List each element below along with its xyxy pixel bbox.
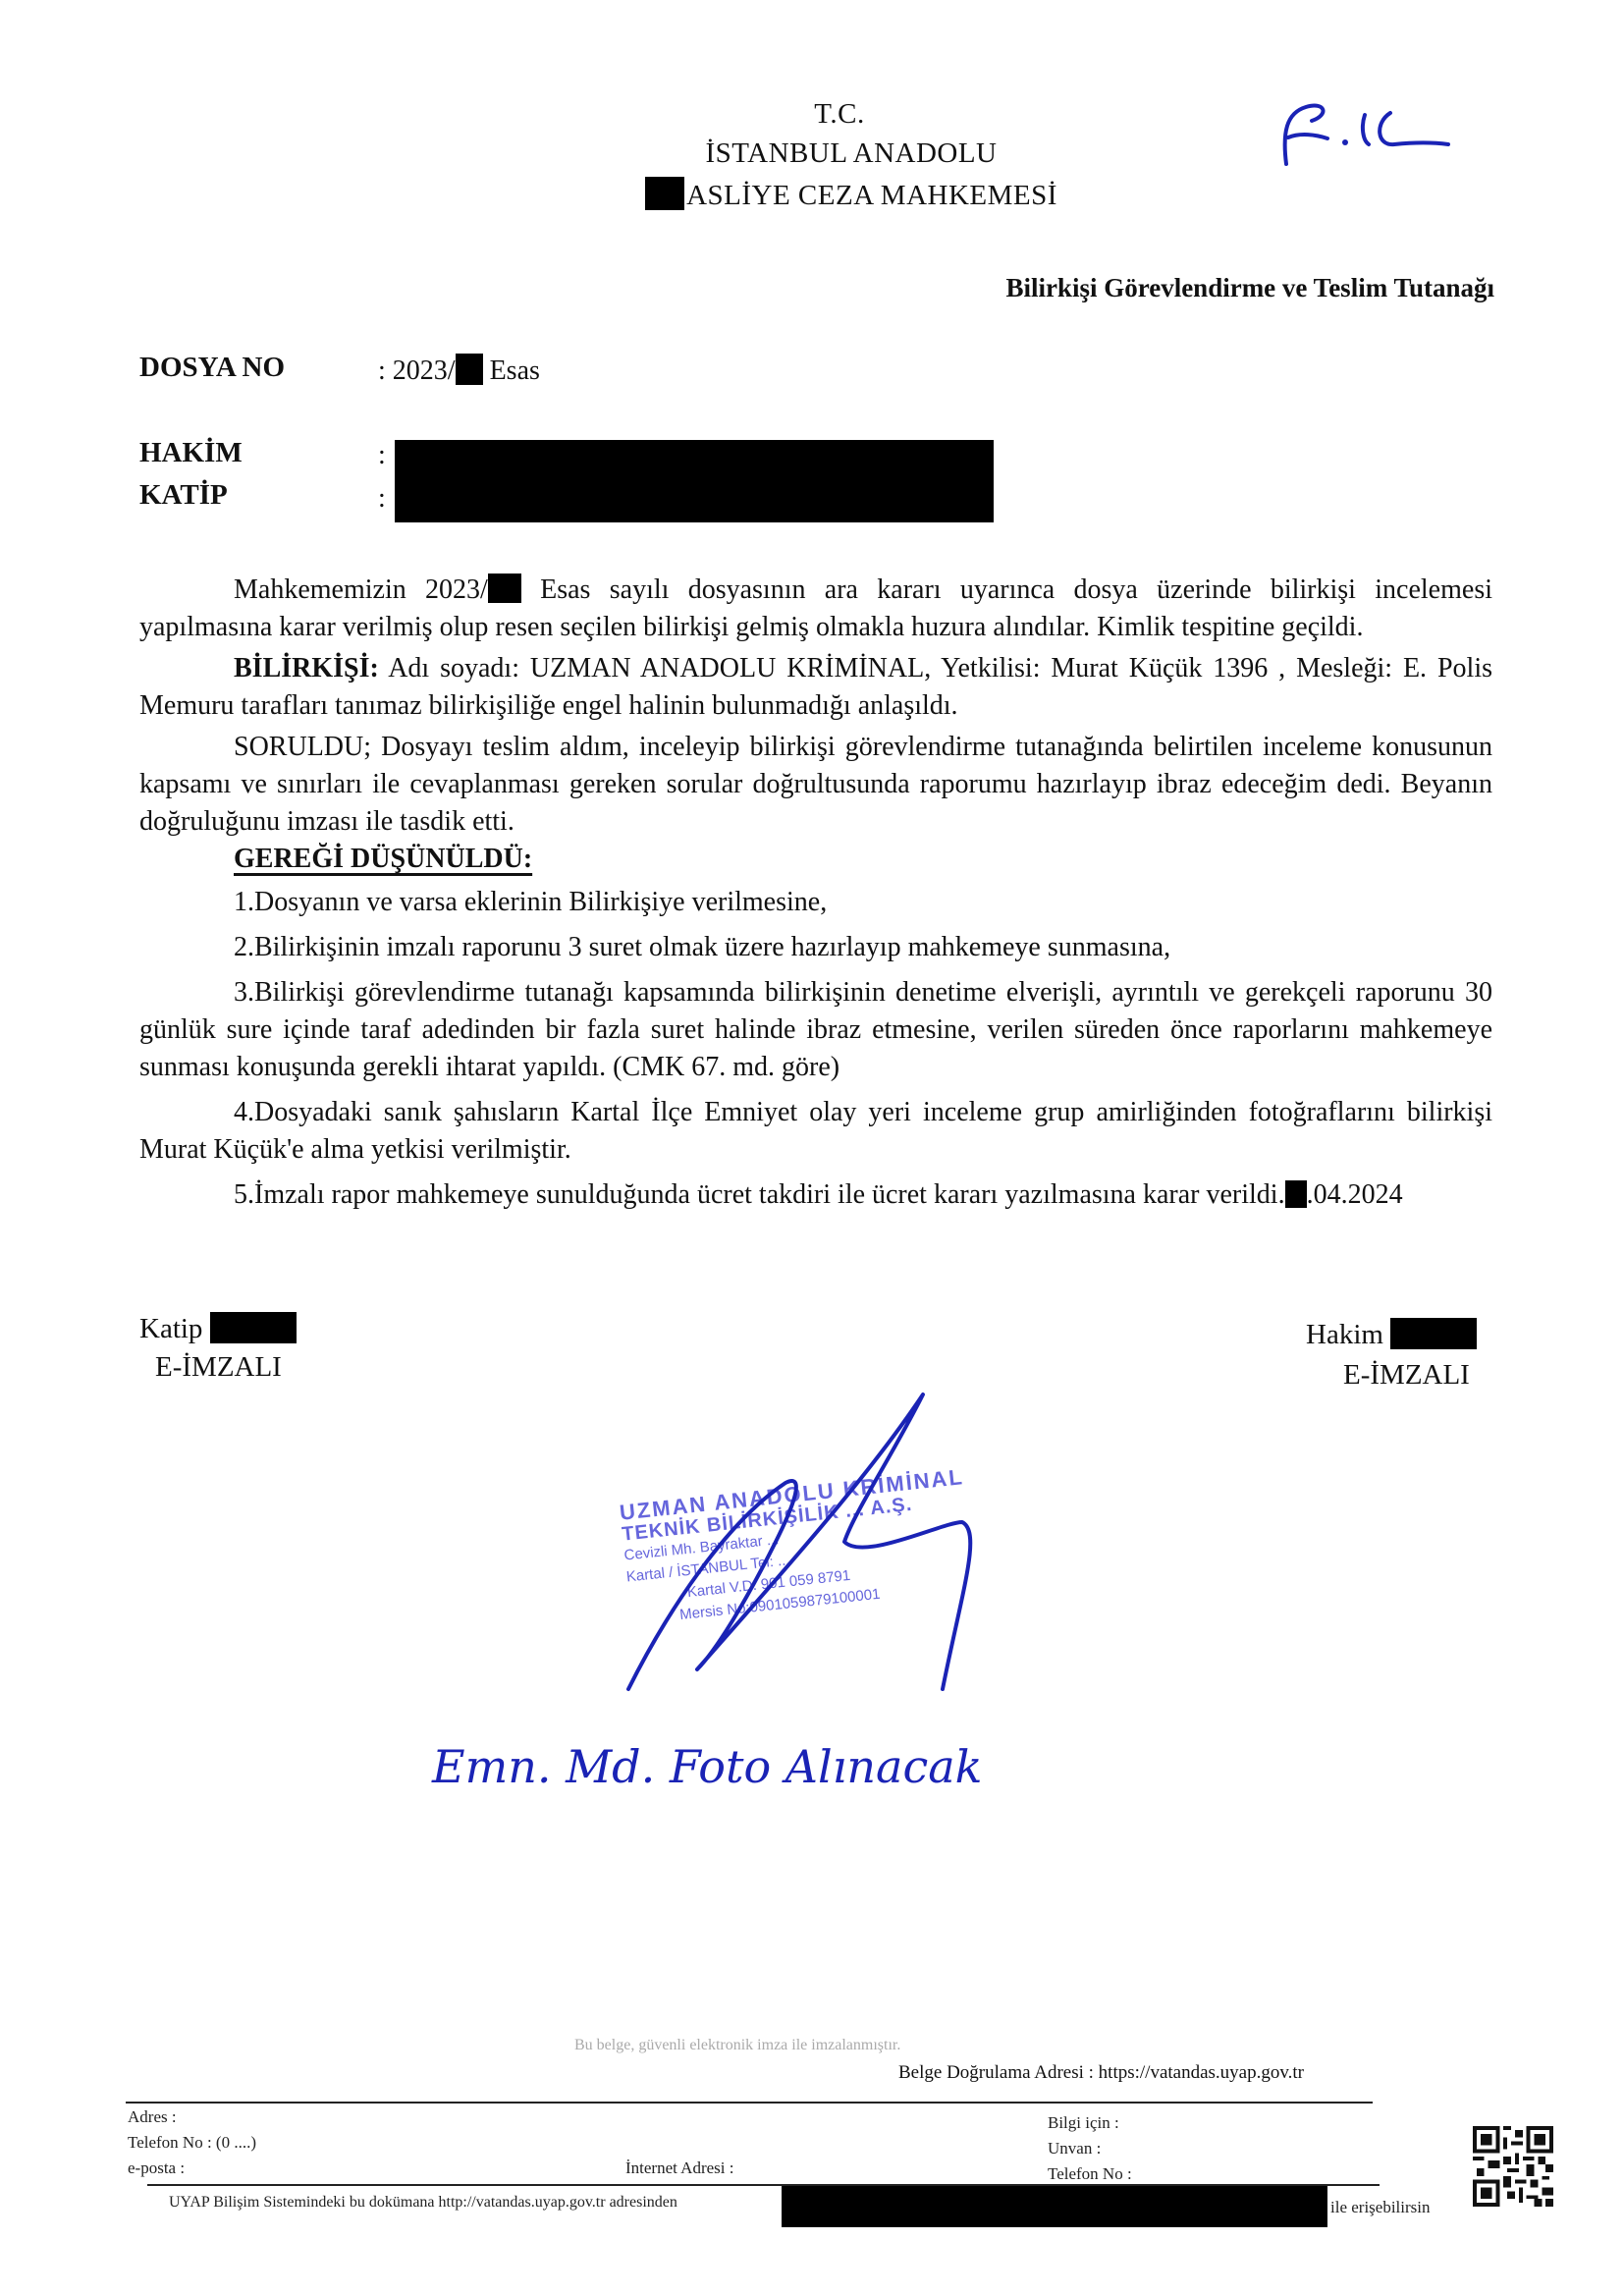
- footer-email: e-posta :: [128, 2158, 185, 2178]
- signature-scribble: [609, 1375, 1021, 1699]
- hakim-esig: E-İMZALI: [1343, 1359, 1470, 1392]
- handwritten-note: Emn. Md. Foto Alınacak: [432, 1740, 983, 1793]
- expert-paragraph: BİLİRKİŞİ: Adı soyadı: UZMAN ANADOLU KRİ…: [139, 650, 1492, 725]
- hakim-colon: :: [378, 440, 386, 471]
- verify-address: Belge Doğrulama Adresi : https://vatanda…: [898, 2062, 1304, 2084]
- redaction-block: [210, 1312, 297, 1343]
- footer-internet: İnternet Adresi :: [625, 2158, 733, 2178]
- footer-info: Bilgi için :: [1048, 2113, 1119, 2133]
- footer-divider-top: [126, 2102, 1373, 2104]
- redaction-hakim-katip: [395, 440, 994, 522]
- uyap-access-suffix: ile erişebilirsin: [1330, 2198, 1431, 2217]
- redaction-block: [1390, 1318, 1477, 1349]
- dosya-no-label: DOSYA NO: [139, 352, 285, 384]
- decision-item-1: 1.Dosyanın ve varsa eklerinin Bilirkişiy…: [139, 884, 1492, 921]
- katip-label: KATİP: [139, 479, 228, 512]
- asked-paragraph: SORULDU; Dosyayı teslim aldım, inceleyip…: [139, 729, 1492, 841]
- dosya-no-value: : 2023/ Esas: [378, 354, 540, 387]
- hakim-label: HAKİM: [139, 437, 243, 469]
- redaction-block: [645, 177, 684, 210]
- handwritten-initials: [1267, 93, 1453, 172]
- footer-title: Unvan :: [1048, 2139, 1101, 2158]
- redaction-access-code: [782, 2186, 1327, 2227]
- decision-item-3: 3.Bilirkişi görevlendirme tutanağı kapsa…: [139, 974, 1492, 1086]
- qr-code-icon: [1473, 2126, 1553, 2207]
- uyap-access-text: UYAP Bilişim Sistemindeki bu dokümana ht…: [169, 2194, 677, 2212]
- intro-paragraph: Mahkememizin 2023/ Esas sayılı dosyasını…: [139, 572, 1492, 646]
- header-court-name: ASLİYE CEZA MAHKEMESİ: [39, 177, 1624, 212]
- court-name-text: ASLİYE CEZA MAHKEMESİ: [686, 180, 1057, 211]
- document-body: Mahkememizin 2023/ Esas sayılı dosyasını…: [139, 572, 1492, 1214]
- decision-item-4: 4.Dosyadaki sanık şahısların Kartal İlçe…: [139, 1094, 1492, 1169]
- footer-phone: Telefon No : (0 ....): [128, 2133, 256, 2153]
- decision-heading: GEREĞİ DÜŞÜNÜLDÜ:: [139, 841, 1492, 878]
- katip-colon: :: [378, 483, 386, 515]
- document-title: Bilirkişi Görevlendirme ve Teslim Tutana…: [1005, 273, 1494, 303]
- decision-item-5: 5.İmzalı rapor mahkemeye sunulduğunda üc…: [139, 1176, 1492, 1214]
- katip-signature-label: Katip: [139, 1312, 297, 1345]
- redaction-block: [488, 574, 521, 603]
- redaction-block: [1285, 1180, 1307, 1208]
- hakim-signature-label: Hakim: [1306, 1318, 1477, 1351]
- redaction-block: [456, 354, 483, 385]
- decision-item-2: 2.Bilirkişinin imzalı raporunu 3 suret o…: [139, 929, 1492, 966]
- footer-phone-2: Telefon No :: [1048, 2164, 1132, 2184]
- footer-address: Adres :: [128, 2107, 177, 2127]
- esign-note: Bu belge, güvenli elektronik imza ile im…: [574, 2037, 900, 2054]
- katip-esig: E-İMZALI: [155, 1351, 282, 1384]
